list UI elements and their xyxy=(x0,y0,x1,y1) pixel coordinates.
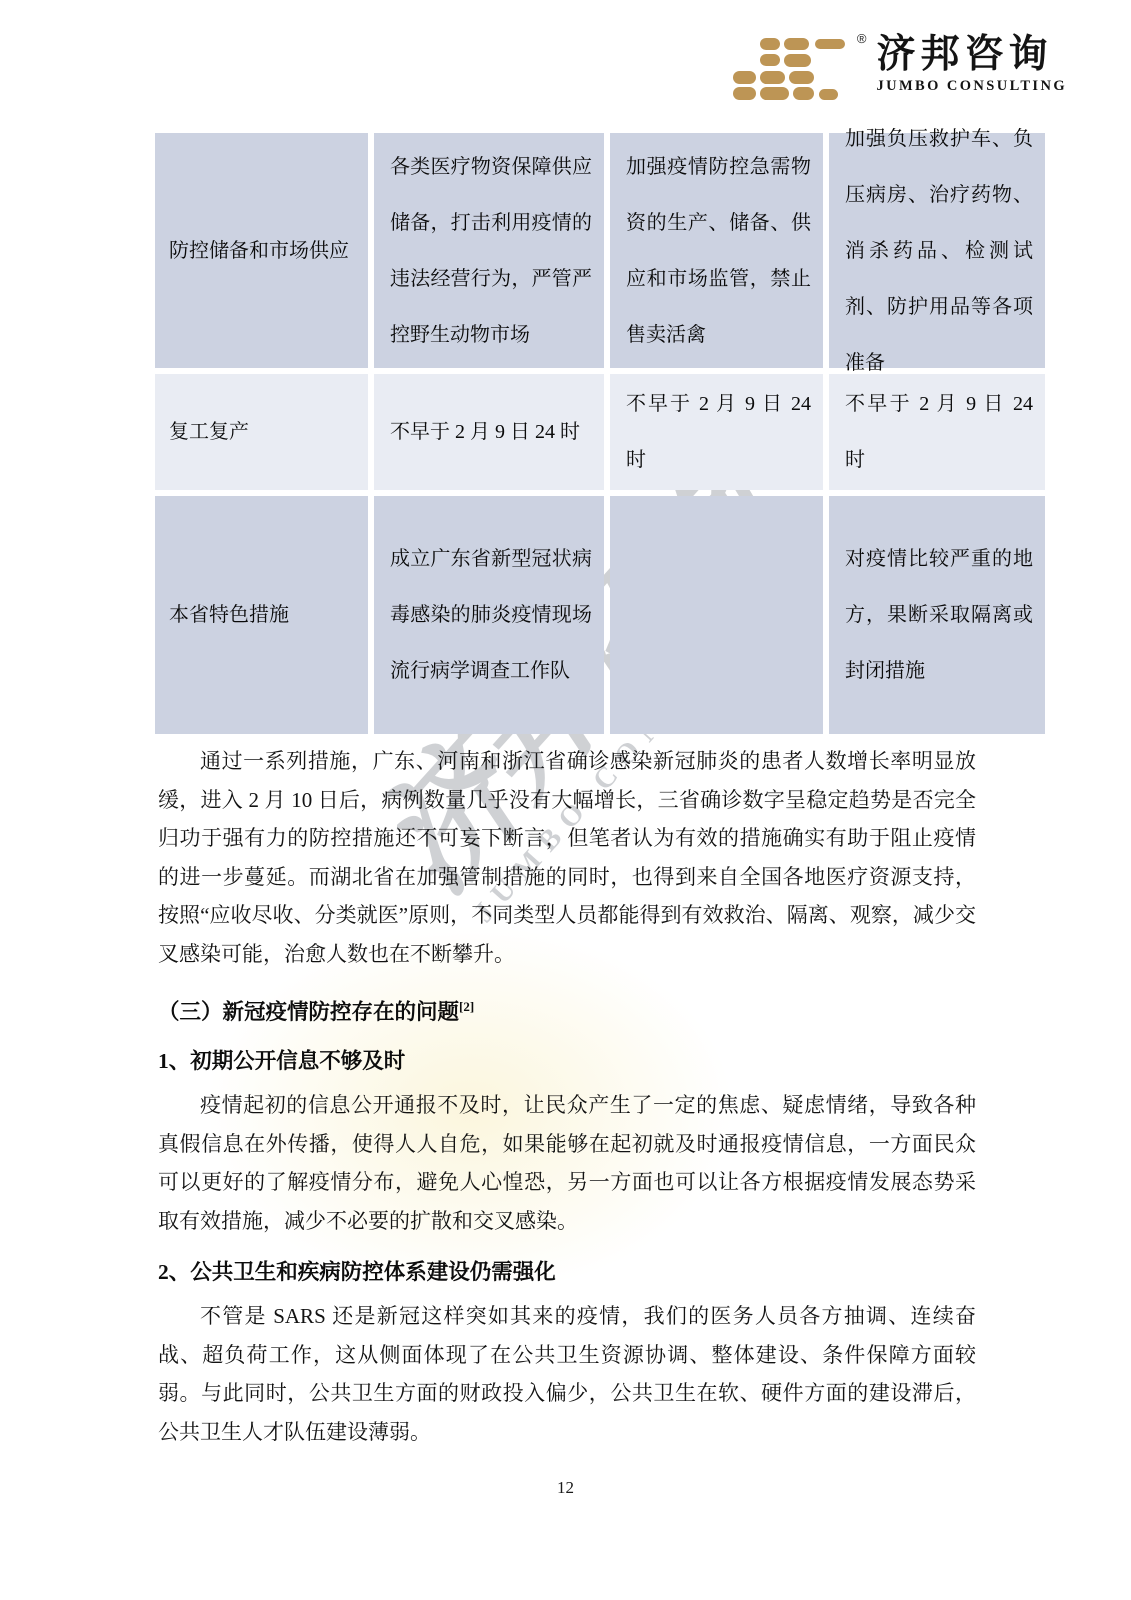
body-content: 通过一系列措施，广东、河南和浙江省确诊感染新冠肺炎的患者人数增长率明显放缓，进入… xyxy=(158,742,976,1451)
page-number: 12 xyxy=(0,1478,1131,1498)
registered-trademark-icon: ® xyxy=(857,32,867,45)
sub-heading-2: 2、公共卫生和疾病防控体系建设仍需强化 xyxy=(158,1255,976,1289)
footnote-reference: [2] xyxy=(459,999,474,1014)
table-row-label: 本省特色措施 xyxy=(155,496,368,734)
table-cell: 加强负压救护车、负压病房、治疗药物、消杀药品、检测试剂、防护用品等各项准备 xyxy=(829,133,1045,368)
table-cell: 成立广东省新型冠状病毒感染的肺炎疫情现场流行病学调查工作队 xyxy=(374,496,604,734)
logo-text: 济邦咨询 JUMBO CONSULTING xyxy=(876,34,1067,95)
measures-table: 防控储备和市场供应 各类医疗物资保障供应储备，打击利用疫情的违法经营行为，严管严… xyxy=(155,133,1045,734)
paragraph: 通过一系列措施，广东、河南和浙江省确诊感染新冠肺炎的患者人数增长率明显放缓，进入… xyxy=(158,742,976,973)
logo-blocks-icon xyxy=(733,38,847,100)
table-cell: 加强疫情防控急需物资的生产、储备、供应和市场监管，禁止售卖活禽 xyxy=(610,133,823,368)
table-cell: 不早于 2 月 9 日 24 时 xyxy=(829,374,1045,490)
section-heading-text: （三）新冠疫情防控存在的问题 xyxy=(158,1000,459,1024)
table-cell-empty xyxy=(610,496,823,734)
table-row-label: 复工复产 xyxy=(155,374,368,490)
brand-name-en: JUMBO CONSULTING xyxy=(876,78,1067,95)
sub-heading-1: 1、初期公开信息不够及时 xyxy=(158,1044,976,1078)
brand-name-cn: 济邦咨询 xyxy=(876,34,1052,77)
company-logo: ® 济邦咨询 JUMBO CONSULTING xyxy=(733,34,1067,100)
section-heading: （三）新冠疫情防控存在的问题[2] xyxy=(158,990,976,1029)
table-cell: 各类医疗物资保障供应储备，打击利用疫情的违法经营行为，严管严控野生动物市场 xyxy=(374,133,604,368)
document-page: 济邦咨询 JUMBO CONSULTING ® 济邦咨询 J xyxy=(0,0,1131,1600)
table-cell: 不早于 2 月 9 日 24 时 xyxy=(610,374,823,490)
table-row-label: 防控储备和市场供应 xyxy=(155,133,368,368)
paragraph: 疫情起初的信息公开通报不及时，让民众产生了一定的焦虑、疑虑情绪，导致各种真假信息… xyxy=(158,1086,976,1240)
paragraph: 不管是 SARS 还是新冠这样突如其来的疫情，我们的医务人员各方抽调、连续奋战、… xyxy=(158,1297,976,1451)
table-cell: 对疫情比较严重的地方，果断采取隔离或封闭措施 xyxy=(829,496,1045,734)
table-cell: 不早于 2 月 9 日 24 时 xyxy=(374,374,604,490)
